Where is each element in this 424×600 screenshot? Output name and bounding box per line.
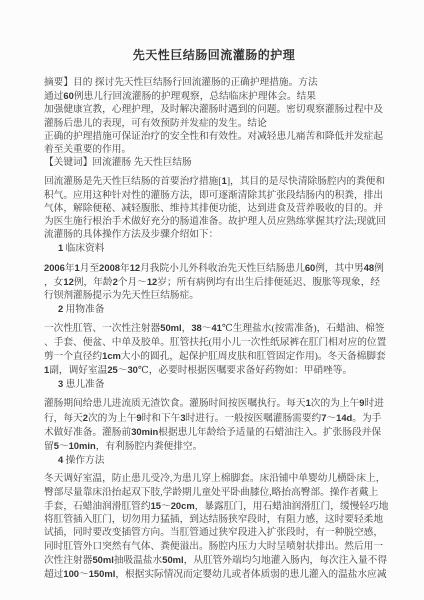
text-line: 试插，同时要改变插管方向。当肛管通过狭窄段进入扩张段时，有一种脱空感， <box>44 526 396 539</box>
numeric-text: 30 <box>127 364 137 375</box>
numeric-text: 12 <box>147 276 157 287</box>
text-line: 留5～10min，有利肠腔内粪便排空。 <box>44 439 396 453</box>
text-line: 手套，石蜡油润滑肛管约15～20cm，暴露肛门，用石蜡油润滑肛门，缓慢轻巧地 <box>44 499 396 513</box>
numeric-text: 1 <box>75 262 80 273</box>
numeric-text: 2 <box>113 276 118 287</box>
text-line: 【关键词】回流灌肠 先天性巨结肠 <box>44 156 396 169</box>
numeric-text: 60 <box>63 90 73 101</box>
document-title: 先天性巨结肠回流灌肠的护理 <box>44 46 384 63</box>
document-body: 摘要】目的 探讨先天性巨结肠行回流灌肠的正确护理措施。方法通过60例患儿行回流灌… <box>44 76 396 581</box>
numeric-text: 2006 <box>44 262 65 273</box>
text-line: 1副，调好室温25～30℃，必要时根据医嘱要求备好药物如：甲硝唑等。 <box>44 363 396 377</box>
numeric-text: 7 <box>321 412 326 423</box>
numeric-text: 1 <box>44 364 49 375</box>
numeric-text: 50ml <box>160 322 181 333</box>
numeric-text: 14d <box>336 412 352 423</box>
text-line: 灌肠期间给患儿进流质无渣饮食。灌肠时间按医嘱执行。每天1次的为上午9时进 <box>44 396 396 410</box>
numeric-text: 25 <box>107 364 117 375</box>
text-line: 、手套、便盆、中单及胶单。肛管扶托(用小儿一次性纸尿裤在肛门相对应的位置 <box>44 336 396 349</box>
text-line: 气体，解除便秘、减轻腹胀、维持其排便功能，达到进食及营养吸收的目的。并 <box>44 202 396 215</box>
clinical-data-block: 2006年1月至2008年12月我院小儿外科收治先天性巨结肠患儿60例，其中男4… <box>44 261 396 317</box>
numeric-text: 2008 <box>99 262 120 273</box>
patient-preparation-block: 灌肠期间给患儿进流质无渣饮食。灌肠时间按医嘱执行。每天1次的为上午9时进行，每天… <box>44 396 396 467</box>
numeric-text: 1 <box>58 242 63 253</box>
text-line: 积气。应用这种针对性的灌肠方法，即可逐渐清除其扩张段结肠内的积粪，排出 <box>44 189 396 202</box>
text-line: 同时肛管外口突然有气体、粪便溢出。肠腔内压力大时呈喷射状排出。然后用一 <box>44 540 396 553</box>
abstract-block: 摘要】目的 探讨先天性巨结肠行回流灌肠的正确护理措施。方法通过60例患儿行回流灌… <box>44 76 396 169</box>
text-line: 冬天调好室温，防止患儿受冷,为患儿穿上棉脚套。床沿铺中单婴幼儿横卧床上， <box>44 472 396 485</box>
numeric-text: 50ml <box>162 554 183 565</box>
text-line: 术做好准备。灌肠前30min根据患儿年龄给予适量的石蜡油注入。扩张肠段并保 <box>44 425 396 439</box>
text-line: 为医生施行根治手术做好充分的肠道准备。故护理人员应熟练掌握其疗法;现就回 <box>44 215 396 228</box>
numeric-text: 100 <box>63 568 79 579</box>
text-line: 一次性肛管、一次性注射器50ml，38～41℃生理盐水(按需准备)，石蜡油、棉签 <box>44 321 396 335</box>
text-line: 剪一个直径约1cm大小的圆孔，起保护肛周皮肤和肛管固定作用)。冬天备棉脚套 <box>44 349 396 363</box>
text-line: 加强健康宣教，心理护理，及时解决灌肠时遇到的问题。密切观察灌肠过程中及 <box>44 103 396 116</box>
section-heading: 2 用物准备 <box>44 302 396 316</box>
numeric-text: 2 <box>83 412 88 423</box>
text-line: 着至关重要的作用。 <box>44 143 396 156</box>
text-line: 2006年1月至2008年12月我院小儿外科收治先天性巨结肠患儿60例，其中男4… <box>44 261 396 275</box>
section-heading: 4 操作方法 <box>44 453 396 467</box>
text-line: 通过60例患儿行回流灌肠的护理观察，总结临床护理体会。结果 <box>44 89 396 103</box>
numeric-text: 3 <box>180 412 185 423</box>
numeric-text: 15 <box>151 500 161 511</box>
numeric-text: 3 <box>58 378 63 389</box>
text-line: 行，每天2次的为上午9时和下午3时进行。一般按医嘱灌肠需要约7～14d。为手 <box>44 411 396 425</box>
numeric-text: 41 <box>211 322 221 333</box>
numeric-text: 50ml <box>92 554 113 565</box>
numeric-text: 9 <box>359 397 364 408</box>
numeric-text: 1 <box>222 175 227 186</box>
numeric-text: 30min <box>131 426 158 437</box>
text-line: 超过100～150ml，根据实际情况而定婴幼儿或者体质弱的患儿灌入的温盐水应减 <box>44 567 396 581</box>
equipment-block: 一次性肛管、一次性注射器50ml，38～41℃生理盐水(按需准备)，石蜡油、棉签… <box>44 321 396 391</box>
text-line: 摘要】目的 探讨先天性巨结肠行回流灌肠的正确护理措施。方法 <box>44 76 396 89</box>
text-line: 灌肠后患儿的表现，可有效预防并发症的发生。结论 <box>44 117 396 130</box>
numeric-text: 1cm <box>102 350 121 361</box>
text-line: 臀部尽量靠床沿抬起双下肢,学龄期儿童处平卧曲膝位,略抬高臀部。操作者戴上 <box>44 486 396 499</box>
numeric-text: 9 <box>136 412 141 423</box>
text-line: 正确的护理措施可保证治疗的安全性和有效性。对减轻患儿痛苦和降低并发症起 <box>44 130 396 143</box>
numeric-text: 20cm <box>171 500 195 511</box>
text-line: 流灌肠的具体操作方法及步骤介绍如下： <box>44 228 396 241</box>
text-line: 次性注射器50ml抽吸温盐水50ml，从肛管外端均匀地灌入肠内，每次注入量不得 <box>44 553 396 567</box>
numeric-text: 60 <box>305 262 315 273</box>
text-line: 行钡剂灌肠提示为先天性巨结肠症。 <box>44 289 396 302</box>
numeric-text: 2 <box>58 303 63 314</box>
section-heading: 3 患儿准备 <box>44 377 396 391</box>
text-line: 将肛管插入肛门，切勿用力猛插，到达结肠狭窄段时，有阻力感，这时要轻柔地 <box>44 513 396 526</box>
numeric-text: 5 <box>54 440 59 451</box>
numeric-text: 12 <box>63 276 73 287</box>
procedure-block: 冬天调好室温，防止患儿受冷,为患儿穿上棉脚套。床沿铺中单婴幼儿横卧床上，臀部尽量… <box>44 472 396 581</box>
numeric-text: 10min <box>69 440 96 451</box>
text-line: ，女12例，年龄2个月～12岁；所有病例均有出生后排便延迟、腹胀等现象，经 <box>44 275 396 289</box>
document-page: 先天性巨结肠回流灌肠的护理 摘要】目的 探讨先天性巨结肠行回流灌肠的正确护理措施… <box>0 0 424 600</box>
numeric-text: 48 <box>364 262 374 273</box>
numeric-text: 150ml <box>89 568 116 579</box>
numeric-text: 12 <box>130 262 140 273</box>
introduction-block: 回流灌肠是先天性巨结肠的首要治疗措施[1]，其目的是尽快清除肠腔内的粪便和积气。… <box>44 174 396 255</box>
text-line: 回流灌肠是先天性巨结肠的首要治疗措施[1]，其目的是尽快清除肠腔内的粪便和 <box>44 174 396 188</box>
numeric-text: 4 <box>58 454 63 465</box>
numeric-text: 38 <box>191 322 201 333</box>
section-heading: 1 临床资料 <box>44 241 396 255</box>
numeric-text: 1 <box>306 397 311 408</box>
